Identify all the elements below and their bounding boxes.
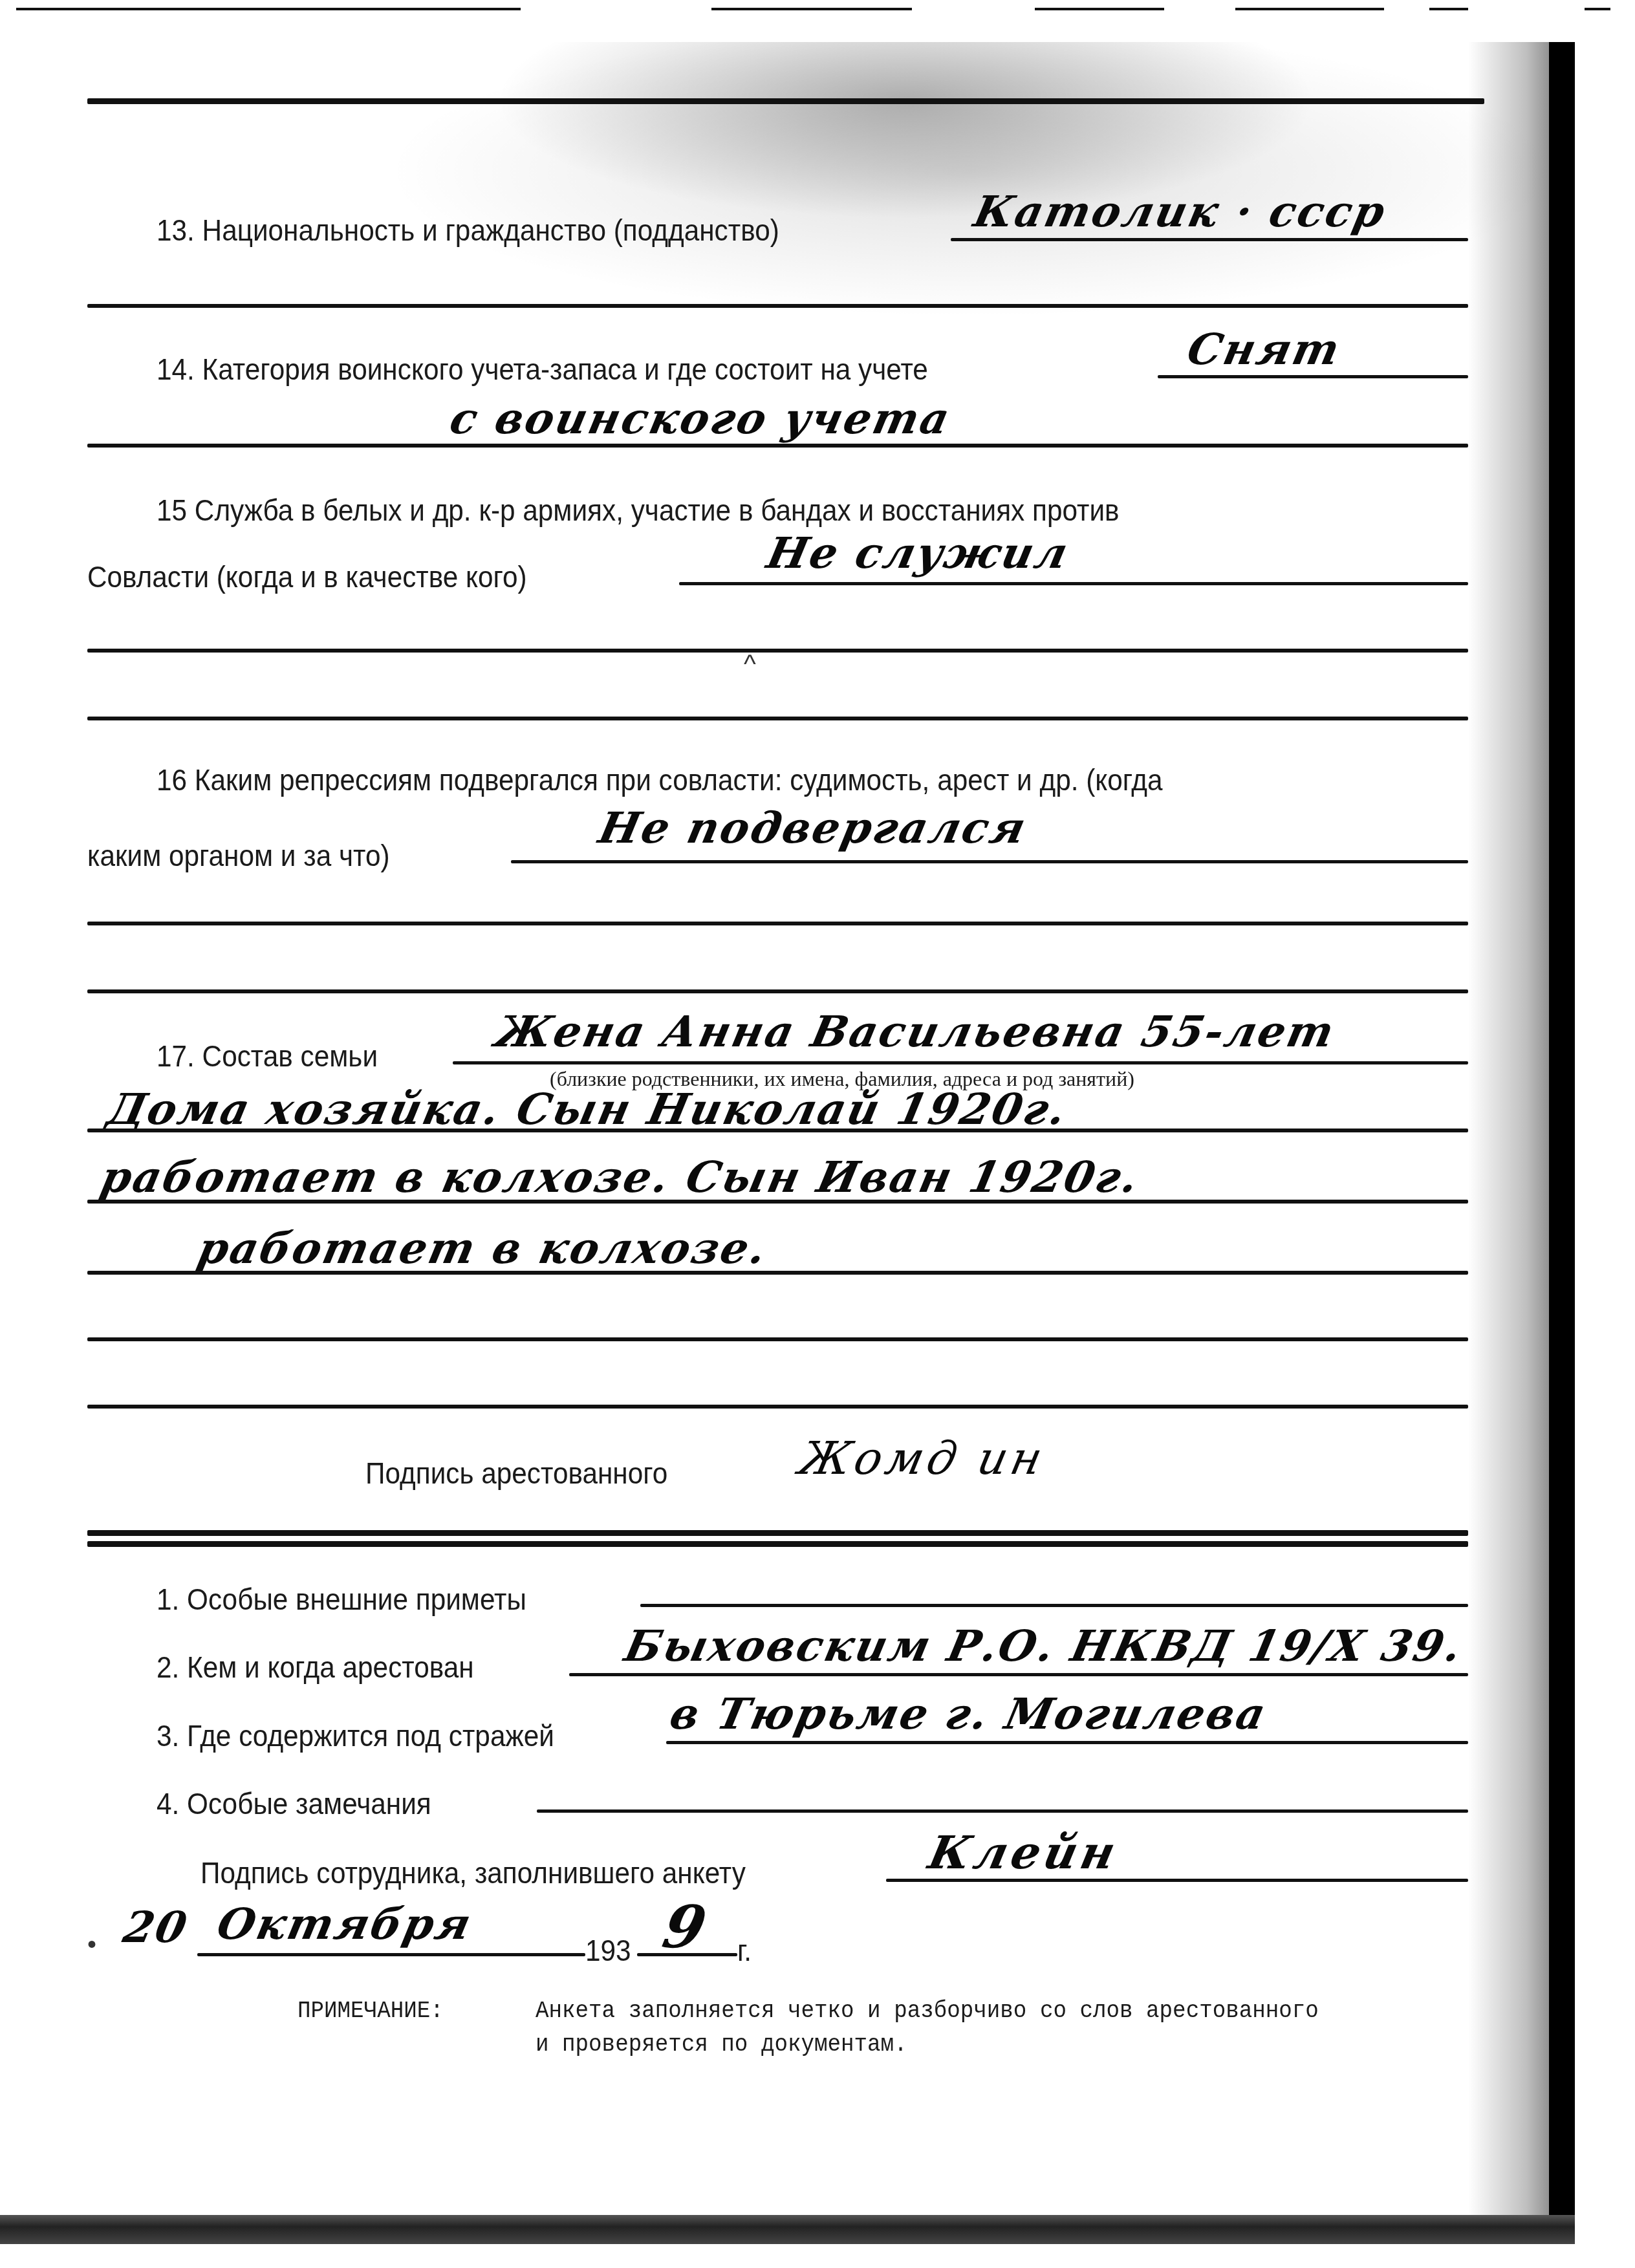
form-rule [87,1200,1468,1204]
scan-grain-shading [65,42,1572,314]
double-rule-top [87,1530,1468,1536]
item-label-text: Каким репрессиям подвергался при совласт… [195,763,1163,797]
top-rule-segment [1429,8,1468,10]
date-day: 20 [120,1905,193,1950]
form-rule [87,717,1468,720]
family-line-2: Дома хозяйка. Сын Николай 1920г. [103,1086,1072,1132]
answer-line [679,582,1468,585]
official-item-3-answer: в Тюрьме г. Могилева [666,1691,1272,1736]
arrested-signature-label: Подпись арестованного [365,1456,667,1490]
item-number: 16 [157,763,187,797]
item-16-answer: Не подвергался [595,805,1032,850]
official-item-2-label: 2. Кем и когда арестован [157,1650,474,1684]
form-rule [87,98,1484,104]
answer-line [951,238,1468,241]
item-label-text: Категория воинского учета-запаса и где с… [202,352,928,386]
item-label-text: Национальность и гражданство (подданство… [202,213,779,247]
top-rule-segment [711,8,912,10]
date-month: Октября [213,1901,477,1947]
item-13-label: 13. Национальность и гражданство (поддан… [157,213,779,247]
answer-line [666,1741,1468,1744]
scanned-document-page: 13. Национальность и гражданство (поддан… [0,0,1635,2268]
item-label-text: Особые внешние приметы [187,1582,526,1616]
answer-line [569,1673,1468,1676]
form-rule [87,1405,1468,1409]
stray-mark: ^ [744,650,756,679]
item-number: 4. [157,1787,179,1820]
item-number: 1. [157,1582,179,1616]
item-14-answer-line-1: Снят [1184,327,1345,372]
item-15-label-line-1: 15 Служба в белых и др. к-р армиях, учас… [157,493,1120,527]
form-rule [87,922,1468,925]
form-rule [87,649,1468,653]
arrested-signature: Жомд ин [796,1436,1050,1481]
officer-signature: Клейн [925,1830,1123,1875]
item-15-label-line-2: Совласти (когда и в качестве кого) [87,560,527,594]
family-line-4: работает в колхозе. [194,1226,772,1271]
item-number: 3. [157,1719,179,1753]
item-15-answer: Не служил [763,530,1074,576]
official-item-1-label: 1. Особые внешние приметы [157,1582,526,1616]
top-rule-segment [1035,8,1164,10]
item-label-text: Служба в белых и др. к-р армиях, участие… [195,493,1120,527]
official-item-4-label: 4. Особые замечания [157,1787,431,1820]
family-line-1: Жена Анна Васильевна 55-лет [492,1009,1339,1054]
date-year-digit: 9 [660,1905,712,1950]
answer-line [511,860,1468,863]
item-13-answer: Католик · ссср [970,189,1391,234]
item-number: 13. [157,213,195,247]
note-heading: ПРИМЕЧАНИЕ: [298,1997,444,2025]
date-suffix: г. [737,1934,752,1967]
top-rule-segment [1235,8,1384,10]
note-line-1: Анкета заполняется четко и разборчиво со… [536,1997,1319,2025]
official-item-2-answer: Быховским Р.О. НКВД 19/X 39. [621,1623,1467,1669]
scan-right-edge [1549,42,1575,2241]
item-label-text: Особые замечания [187,1787,431,1820]
item-number: 14. [157,352,195,386]
note-line-2: и проверяется по документам. [536,2031,907,2059]
item-16-label-line-1: 16 Каким репрессиям подвергался при совл… [157,763,1163,797]
answer-line [640,1604,1468,1607]
form-rule [87,989,1468,993]
form-rule [87,1337,1468,1341]
item-14-answer-line-2: с воинского учета [446,396,955,441]
date-bullet: • [87,1930,96,1960]
form-rule [87,304,1468,308]
top-rule-segment [1585,8,1610,10]
date-year-prefix: 193 [585,1934,631,1967]
item-label-text: Где содержится под стражей [187,1719,554,1753]
date-month-line [197,1953,585,1956]
item-label-text: Кем и когда арестован [187,1650,474,1684]
officer-signature-label: Подпись сотрудника, заполнившего анкету [200,1856,746,1890]
item-number: 2. [157,1650,179,1684]
scan-bottom-edge [0,2215,1575,2244]
form-rule [87,1271,1468,1275]
item-label-text: Состав семьи [202,1039,378,1073]
item-16-label-line-2: каким органом и за что) [87,839,390,872]
top-rule-segment [16,8,521,10]
item-number: 17. [157,1039,195,1073]
double-rule-bottom [87,1541,1468,1547]
form-rule [87,1129,1468,1132]
form-rule [87,444,1468,448]
item-number: 15 [157,493,187,527]
official-item-3-label: 3. Где содержится под стражей [157,1719,554,1753]
item-14-label: 14. Категория воинского учета-запаса и г… [157,352,928,386]
answer-line [1158,375,1468,378]
answer-line [537,1809,1468,1813]
family-line-3: работает в колхозе. Сын Иван 1920г. [97,1154,1144,1200]
answer-line [453,1061,1468,1064]
item-17-label: 17. Состав семьи [157,1039,378,1073]
